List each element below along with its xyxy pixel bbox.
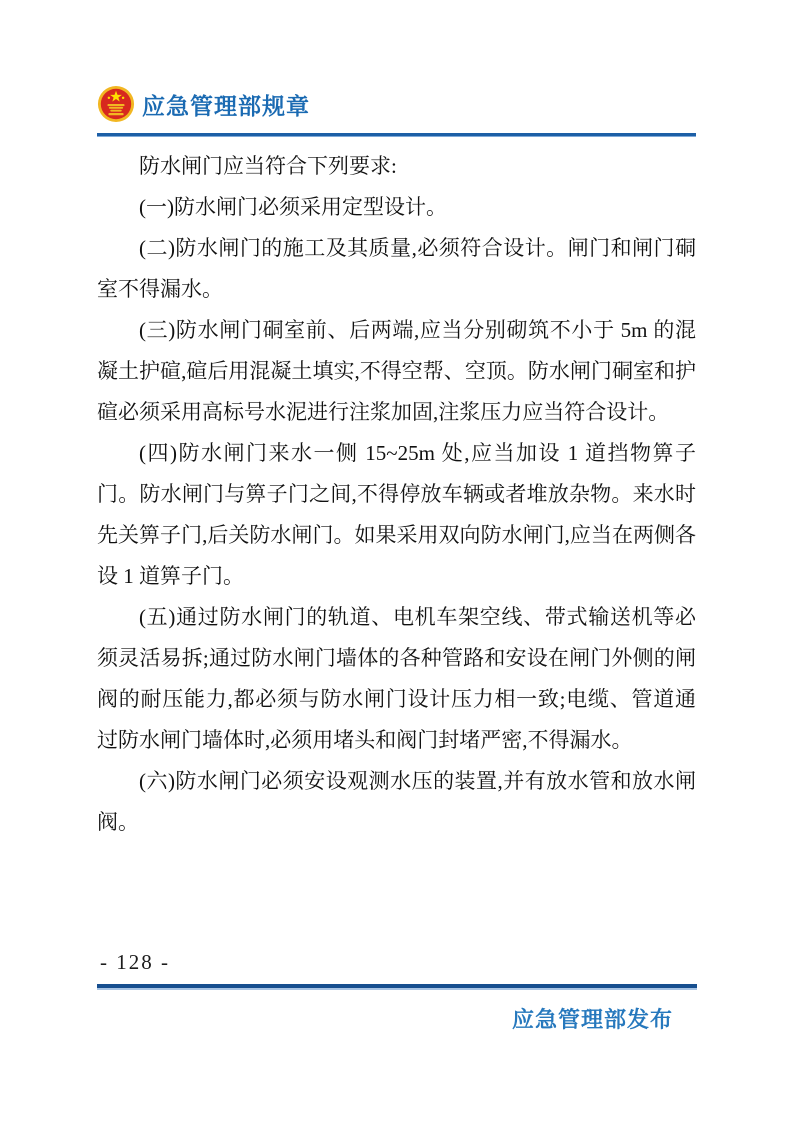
document-body: 防水闸门应当符合下列要求:(一)防水闸门必须采用定型设计。(二)防水闸门的施工及… xyxy=(97,146,696,843)
paragraph: (五)通过防水闸门的轨道、电机车架空线、带式输送机等必须灵活易拆;通过防水闸门墙… xyxy=(97,597,696,761)
page-number: - 128 - xyxy=(100,950,170,975)
document-page: 应急管理部规章 防水闸门应当符合下列要求:(一)防水闸门必须采用定型设计。(二)… xyxy=(0,0,793,1122)
paragraph: (二)防水闸门的施工及其质量,必须符合设计。闸门和闸门硐室不得漏水。 xyxy=(97,228,696,310)
paragraph: (一)防水闸门必须采用定型设计。 xyxy=(97,187,696,228)
paragraph: (四)防水闸门来水一侧 15~25m 处,应当加设 1 道挡物箅子门。防水闸门与… xyxy=(97,433,696,597)
publisher-label: 应急管理部发布 xyxy=(512,1003,673,1034)
header-title: 应急管理部规章 xyxy=(142,88,310,121)
paragraph: 防水闸门应当符合下列要求: xyxy=(97,146,696,187)
header-rule xyxy=(97,133,696,137)
paragraph: (三)防水闸门硐室前、后两端,应当分别砌筑不小于 5m 的混凝土护碹,碹后用混凝… xyxy=(97,310,696,433)
document-header: 应急管理部规章 xyxy=(97,84,696,124)
paragraph: (六)防水闸门必须安设观测水压的装置,并有放水管和放水闸阀。 xyxy=(97,761,696,843)
national-emblem-icon xyxy=(97,85,135,123)
footer-rule xyxy=(97,984,697,990)
